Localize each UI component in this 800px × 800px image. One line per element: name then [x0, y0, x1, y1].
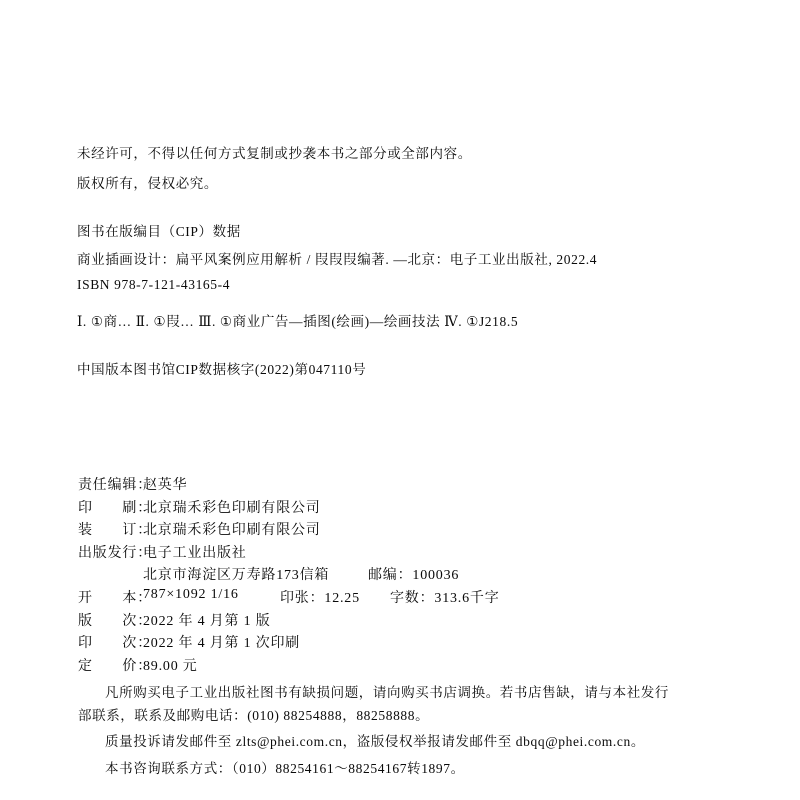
- colophon-row-edition: 版 次： 2022 年 4 月第 1 版: [78, 610, 718, 633]
- colophon-row-publisher: 出版发行： 电子工业出版社: [78, 542, 718, 565]
- publisher-address: 北京市海淀区万寿路173信箱: [143, 564, 329, 584]
- copyright-notice-line2: 版权所有，侵权必究。: [77, 177, 218, 191]
- colophon-label: 责任编辑：: [78, 474, 152, 494]
- quality-complaint-notice: 质量投诉请发邮件至 zlts@phei.com.cn，盗版侵权举报请发邮件至 d…: [78, 731, 678, 754]
- colophon-label: 印 次：: [78, 632, 152, 652]
- colophon-value: 2022 年 4 月第 1 版: [143, 610, 271, 630]
- service-notes: 凡所购买电子工业出版社图书有缺损问题，请向购买书店调换。若书店售缺，请与本社发行…: [78, 682, 678, 780]
- cip-classification: Ⅰ. ①商… Ⅱ. ①叚… Ⅲ. ①商业广告—插图(绘画)—绘画技法 Ⅳ. ①J…: [77, 315, 518, 329]
- colophon-row-editor: 责任编辑： 赵英华: [78, 474, 718, 497]
- colophon-block: 责任编辑： 赵英华 印 刷： 北京瑞禾彩色印刷有限公司 装 订： 北京瑞禾彩色印…: [78, 474, 718, 677]
- copyright-notice-line1: 未经许可，不得以任何方式复制或抄袭本书之部分或全部内容。: [77, 147, 472, 161]
- cip-registry-number: 中国版本图书馆CIP数据核字(2022)第047110号: [77, 363, 366, 377]
- cip-heading: 图书在版编目（CIP）数据: [77, 225, 241, 239]
- colophon-label: 装 订：: [78, 519, 152, 539]
- colophon-label: 版 次：: [78, 610, 152, 630]
- colophon-value: 电子工业出版社: [143, 542, 247, 562]
- colophon-value: 2022 年 4 月第 1 次印刷: [143, 632, 300, 652]
- colophon-row-impression: 印 次： 2022 年 4 月第 1 次印刷: [78, 632, 718, 655]
- colophon-row-price: 定 价： 89.00 元: [78, 655, 718, 678]
- printed-sheets: 印张：12.25: [280, 587, 360, 607]
- colophon-value: 北京瑞禾彩色印刷有限公司: [143, 519, 321, 539]
- postal-code: 邮编：100036: [368, 564, 459, 584]
- colophon-value: 北京瑞禾彩色印刷有限公司: [143, 497, 321, 517]
- colophon-value: 赵英华: [143, 474, 187, 494]
- colophon-label: 开 本：: [78, 587, 152, 607]
- colophon-row-binder: 装 订： 北京瑞禾彩色印刷有限公司: [78, 519, 718, 542]
- colophon-label: 定 价：: [78, 655, 152, 675]
- word-count: 字数：313.6千字: [390, 587, 500, 607]
- book-format: 787×1092 1/16: [143, 587, 239, 603]
- colophon-row-format: 开 本： 787×1092 1/16 印张：12.25 字数：313.6千字: [78, 587, 718, 610]
- colophon-row-address: 北京市海淀区万寿路173信箱 邮编：100036: [78, 564, 718, 587]
- cip-isbn: ISBN 978-7-121-43165-4: [77, 278, 230, 292]
- colophon-row-printer: 印 刷： 北京瑞禾彩色印刷有限公司: [78, 497, 718, 520]
- consultation-contact: 本书咨询联系方式：（010）88254161～88254167转1897。: [78, 758, 678, 781]
- colophon-value: 89.00 元: [143, 655, 198, 675]
- colophon-label: 印 刷：: [78, 497, 152, 517]
- defective-copy-notice: 凡所购买电子工业出版社图书有缺损问题，请向购买书店调换。若书店售缺，请与本社发行…: [78, 682, 678, 727]
- cip-title-statement: 商业插画设计：扁平风案例应用解析 / 叚叚叚编著. —北京：电子工业出版社, 2…: [77, 253, 597, 267]
- colophon-label: 出版发行：: [78, 542, 152, 562]
- book-copyright-page: 未经许可，不得以任何方式复制或抄袭本书之部分或全部内容。 版权所有，侵权必究。 …: [0, 0, 800, 800]
